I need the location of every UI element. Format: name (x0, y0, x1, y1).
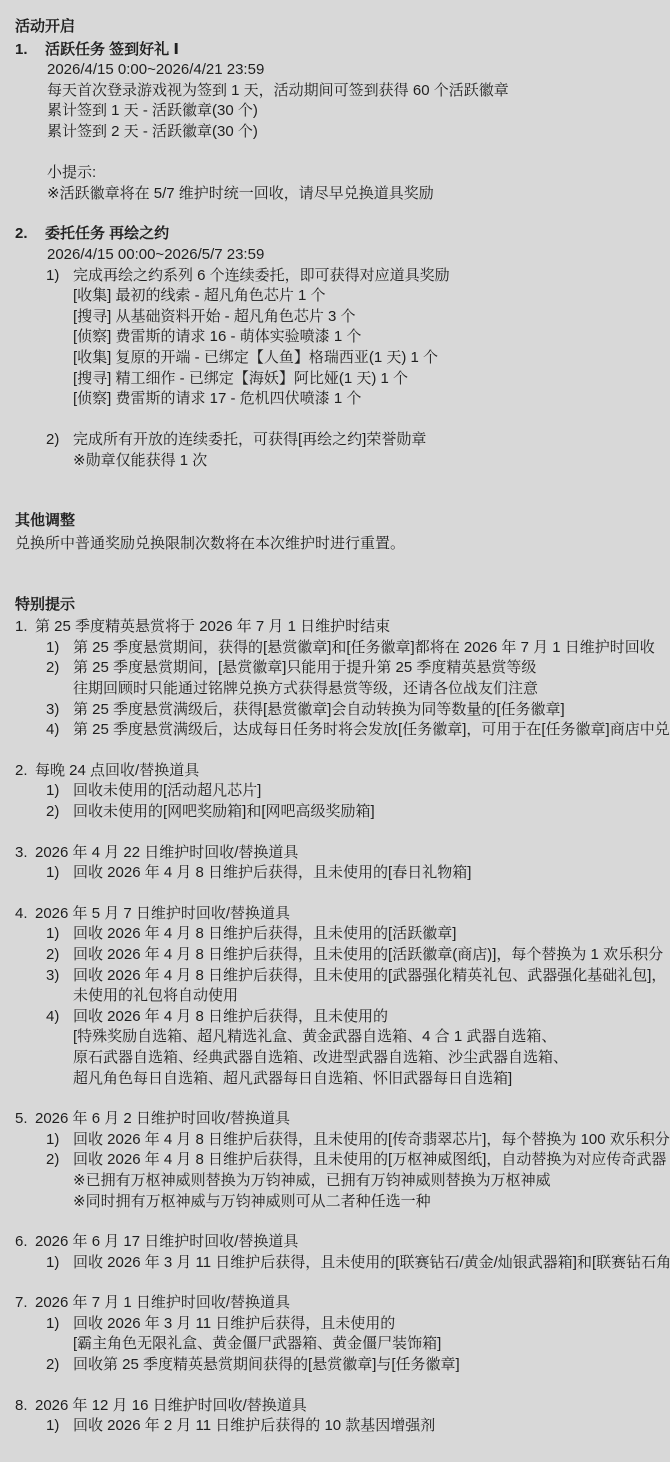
doc-line-text: ※勋章仅能获得 1 次 (73, 452, 207, 469)
sub-item-marker: 1) (46, 924, 59, 945)
item-marker: 6. (15, 1232, 28, 1253)
doc-line-text: ※已拥有万枢神威则替换为万钧神威，已拥有万钧神威则替换为万枢神威 (73, 1172, 551, 1189)
doc-line-text: [霸主角色无限礼盒、黄金僵尸武器箱、黄金僵尸装饰箱] (73, 1335, 441, 1352)
doc-line-text: 回收 2026 年 4 月 8 日维护后获得，且未使用的[活跃徽章] (73, 925, 456, 942)
item-title-text: 活跃任务 签到好礼 Ⅰ (45, 41, 179, 58)
doc-line: 2026/4/15 00:00~2026/5/7 23:59 (0, 245, 670, 266)
doc-line-text: 原石武器自选箱、经典武器自选箱、改进型武器自选箱、沙尘武器自选箱、 (73, 1049, 568, 1066)
doc-line-text: ※同时拥有万枢神威与万钧神威则可从二者种任选一种 (73, 1193, 431, 1210)
doc-line: 3)回收 2026 年 4 月 8 日维护后获得，且未使用的[武器强化精英礼包、… (0, 966, 670, 987)
list-item: 1.第 25 季度精英悬赏将于 2026 年 7 月 1 日维护时结束1)第 2… (0, 617, 670, 741)
doc-line-text: 完成再绘之约系列 6 个连续委托，即可获得对应道具奖励 (73, 267, 450, 284)
item-title-text: 2026 年 6 月 17 日维护时回收/替换道具 (35, 1233, 298, 1250)
item-title-text: 每晚 24 点回收/替换道具 (35, 762, 199, 779)
doc-line: 2)回收 2026 年 4 月 8 日维护后获得，且未使用的[万枢神威图纸]，自… (0, 1150, 670, 1171)
doc-line: 1)回收 2026 年 4 月 8 日维护后获得，且未使用的[传奇翡翠芯片]，每… (0, 1130, 670, 1151)
doc-line: 每天首次登录游戏视为签到 1 天，活动期间可签到获得 60 个活跃徽章 (0, 81, 670, 102)
item-marker: 7. (15, 1293, 28, 1314)
doc-line-text: 第 25 季度悬赏期间，获得的[悬赏徽章]和[任务徽章]都将在 2026 年 7… (73, 639, 655, 656)
doc-line: [霸主角色无限礼盒、黄金僵尸武器箱、黄金僵尸装饰箱] (0, 1334, 670, 1355)
item-marker: 8. (15, 1396, 28, 1417)
doc-line: [侦察] 费雷斯的请求 16 - 萌体实验喷漆 1 个 (0, 327, 670, 348)
doc-line: 1)回收 2026 年 3 月 11 日维护后获得，且未使用的[联赛钻石/黄金/… (0, 1253, 670, 1274)
doc-line-text: 往期回顾时只能通过铭牌兑换方式获得悬赏等级，还请各位战友们注意 (73, 680, 538, 697)
item-title-text: 2026 年 7 月 1 日维护时回收/替换道具 (35, 1294, 290, 1311)
doc-line-text: 累计签到 1 天 - 活跃徽章(30 个) (47, 102, 258, 119)
doc-line: 小提示: (0, 163, 670, 184)
list-item-title: 6.2026 年 6 月 17 日维护时回收/替换道具 (0, 1232, 670, 1253)
doc-line: 原石武器自选箱、经典武器自选箱、改进型武器自选箱、沙尘武器自选箱、 (0, 1048, 670, 1069)
list-item-title: 3.2026 年 4 月 22 日维护时回收/替换道具 (0, 843, 670, 864)
sub-item-marker: 2) (46, 802, 59, 823)
item-marker: 5. (15, 1109, 28, 1130)
section-heading: 其他调整 (0, 511, 670, 532)
sub-item-marker: 1) (46, 863, 59, 884)
doc-line-text: 完成所有开放的连续委托，可获得[再绘之约]荣誉勋章 (73, 431, 426, 448)
doc-line: 2)回收未使用的[网吧奖励箱]和[网吧高级奖励箱] (0, 802, 670, 823)
doc-line-text: 回收 2026 年 3 月 11 日维护后获得，且未使用的 (73, 1315, 395, 1332)
list-item-title: 2.每晚 24 点回收/替换道具 (0, 761, 670, 782)
list-item: 6.2026 年 6 月 17 日维护时回收/替换道具1)回收 2026 年 3… (0, 1232, 670, 1273)
item-marker: 1. (15, 40, 28, 61)
item-title-text: 2026 年 5 月 7 日维护时回收/替换道具 (35, 905, 290, 922)
section: 活动开启1.活跃任务 签到好礼 Ⅰ2026/4/15 0:00~2026/4/2… (0, 17, 670, 471)
doc-line: 未使用的礼包将自动使用 (0, 986, 670, 1007)
list-item: 1.活跃任务 签到好礼 Ⅰ2026/4/15 0:00~2026/4/21 23… (0, 40, 670, 205)
doc-line-text: [收集] 复原的开端 - 已绑定【人鱼】格瑞西亚(1 天) 1 个 (73, 349, 438, 366)
doc-line-text: [搜寻] 精工细作 - 已绑定【海妖】阿比娅(1 天) 1 个 (73, 370, 408, 387)
item-marker: 2. (15, 761, 28, 782)
doc-line: 1)第 25 季度悬赏期间，获得的[悬赏徽章]和[任务徽章]都将在 2026 年… (0, 638, 670, 659)
doc-line: 1)完成再绘之约系列 6 个连续委托，即可获得对应道具奖励 (0, 266, 670, 287)
list-item: 2.委托任务 再绘之约2026/4/15 00:00~2026/5/7 23:5… (0, 224, 670, 471)
item-title-text: 2026 年 4 月 22 日维护时回收/替换道具 (35, 844, 298, 861)
doc-line: 2)回收 2026 年 4 月 8 日维护后获得，且未使用的[活跃徽章(商店)]… (0, 945, 670, 966)
doc-line-text: 2026/4/15 0:00~2026/4/21 23:59 (47, 61, 264, 78)
doc-line: 累计签到 1 天 - 活跃徽章(30 个) (0, 101, 670, 122)
doc-line-text: 小提示: (47, 164, 96, 181)
doc-line-text: [收集] 最初的线索 - 超凡角色芯片 1 个 (73, 287, 326, 304)
doc-line: 累计签到 2 天 - 活跃徽章(30 个) (0, 122, 670, 143)
item-marker: 3. (15, 843, 28, 864)
doc-line: [侦察] 费雷斯的请求 17 - 危机四伏喷漆 1 个 (0, 389, 670, 410)
doc-line-text: 回收未使用的[活动超凡芯片] (73, 782, 261, 799)
list-item-title: 5.2026 年 6 月 2 日维护时回收/替换道具 (0, 1109, 670, 1130)
list-item-title: 8.2026 年 12 月 16 日维护时回收/替换道具 (0, 1396, 670, 1417)
list-item: 4.2026 年 5 月 7 日维护时回收/替换道具1)回收 2026 年 4 … (0, 904, 670, 1089)
sub-item-marker: 1) (46, 1416, 59, 1437)
doc-line: 1)回收 2026 年 3 月 11 日维护后获得，且未使用的 (0, 1314, 670, 1335)
doc-line: [搜寻] 精工细作 - 已绑定【海妖】阿比娅(1 天) 1 个 (0, 369, 670, 390)
doc-line-text: 回收 2026 年 4 月 8 日维护后获得，且未使用的[传奇翡翠芯片]，每个替… (73, 1131, 670, 1148)
doc-line-text: 每天首次登录游戏视为签到 1 天，活动期间可签到获得 60 个活跃徽章 (47, 82, 509, 99)
section: 特别提示1.第 25 季度精英悬赏将于 2026 年 7 月 1 日维护时结束1… (0, 595, 670, 1437)
item-title-text: 第 25 季度精英悬赏将于 2026 年 7 月 1 日维护时结束 (35, 618, 390, 635)
list-item: 8.2026 年 12 月 16 日维护时回收/替换道具1)回收 2026 年 … (0, 1396, 670, 1437)
doc-line: ※勋章仅能获得 1 次 (0, 451, 670, 472)
sub-item-marker: 1) (46, 266, 59, 287)
doc-line-text: [搜寻] 从基础资料开始 - 超凡角色芯片 3 个 (73, 308, 356, 325)
doc-line: 1)回收 2026 年 4 月 8 日维护后获得，且未使用的[春日礼物箱] (0, 863, 670, 884)
doc-line: 2)第 25 季度悬赏期间，[悬赏徽章]只能用于提升第 25 季度精英悬赏等级 (0, 658, 670, 679)
sub-item-marker: 1) (46, 1253, 59, 1274)
list-item: 3.2026 年 4 月 22 日维护时回收/替换道具1)回收 2026 年 4… (0, 843, 670, 884)
section-heading: 活动开启 (0, 17, 670, 38)
doc-line: 1)回收未使用的[活动超凡芯片] (0, 781, 670, 802)
doc-line: [收集] 最初的线索 - 超凡角色芯片 1 个 (0, 286, 670, 307)
doc-line: 1)回收 2026 年 4 月 8 日维护后获得，且未使用的[活跃徽章] (0, 924, 670, 945)
item-title-text: 2026 年 6 月 2 日维护时回收/替换道具 (35, 1110, 290, 1127)
doc-line-text: 回收 2026 年 4 月 8 日维护后获得，且未使用的[春日礼物箱] (73, 864, 471, 881)
doc-line-text: 回收 2026 年 3 月 11 日维护后获得，且未使用的[联赛钻石/黄金/灿银… (73, 1254, 670, 1271)
doc-line-text: 回收 2026 年 4 月 8 日维护后获得，且未使用的 (73, 1008, 388, 1025)
doc-line: 1)回收 2026 年 2 月 11 日维护后获得的 10 款基因增强剂 (0, 1416, 670, 1437)
doc-line: [收集] 复原的开端 - 已绑定【人鱼】格瑞西亚(1 天) 1 个 (0, 348, 670, 369)
sub-item-marker: 2) (46, 658, 59, 679)
blank-line (0, 410, 670, 431)
doc-line-text: 回收第 25 季度精英悬赏期间获得的[悬赏徽章]与[任务徽章] (73, 1356, 460, 1373)
doc-line-text: 第 25 季度悬赏期间，[悬赏徽章]只能用于提升第 25 季度精英悬赏等级 (73, 659, 536, 676)
patch-notes-document: 活动开启1.活跃任务 签到好礼 Ⅰ2026/4/15 0:00~2026/4/2… (0, 0, 670, 1437)
sub-item-marker: 2) (46, 1355, 59, 1376)
doc-line-text: 回收 2026 年 4 月 8 日维护后获得，且未使用的[万枢神威图纸]，自动替… (73, 1151, 666, 1168)
doc-line: 2)完成所有开放的连续委托，可获得[再绘之约]荣誉勋章 (0, 430, 670, 451)
doc-line-text: 超凡角色每日自选箱、超凡武器每日自选箱、怀旧武器每日自选箱] (73, 1070, 512, 1087)
doc-line-text: [特殊奖励自选箱、超凡精选礼盒、黄金武器自选箱、4 合 1 武器自选箱、 (73, 1028, 556, 1045)
item-marker: 2. (15, 224, 28, 245)
doc-line-text: 未使用的礼包将自动使用 (73, 987, 238, 1004)
blank-line (0, 143, 670, 164)
list-item: 5.2026 年 6 月 2 日维护时回收/替换道具1)回收 2026 年 4 … (0, 1109, 670, 1212)
doc-line: 3)第 25 季度悬赏满级后，获得[悬赏徽章]会自动转换为同等数量的[任务徽章] (0, 700, 670, 721)
paragraph-block: 兑换所中普通奖励兑换限制次数将在本次维护时进行重置。 (0, 534, 670, 555)
doc-line: ※同时拥有万枢神威与万钧神威则可从二者种任选一种 (0, 1192, 670, 1213)
list-item-title: 2.委托任务 再绘之约 (0, 224, 670, 245)
sub-item-marker: 1) (46, 1130, 59, 1151)
sub-item-marker: 4) (46, 720, 59, 741)
sub-item-marker: 1) (46, 1314, 59, 1335)
doc-line: [特殊奖励自选箱、超凡精选礼盒、黄金武器自选箱、4 合 1 武器自选箱、 (0, 1027, 670, 1048)
doc-line-text: [侦察] 费雷斯的请求 16 - 萌体实验喷漆 1 个 (73, 328, 361, 345)
doc-line: ※活跃徽章将在 5/7 维护时统一回收，请尽早兑换道具奖励 (0, 184, 670, 205)
sub-item-marker: 1) (46, 781, 59, 802)
doc-line-text: 2026/4/15 00:00~2026/5/7 23:59 (47, 246, 264, 263)
doc-line: [搜寻] 从基础资料开始 - 超凡角色芯片 3 个 (0, 307, 670, 328)
paragraph: 兑换所中普通奖励兑换限制次数将在本次维护时进行重置。 (0, 534, 670, 555)
list-item: 7.2026 年 7 月 1 日维护时回收/替换道具1)回收 2026 年 3 … (0, 1293, 670, 1375)
doc-line: 往期回顾时只能通过铭牌兑换方式获得悬赏等级，还请各位战友们注意 (0, 679, 670, 700)
doc-line-text: 回收未使用的[网吧奖励箱]和[网吧高级奖励箱] (73, 803, 375, 820)
doc-line: 超凡角色每日自选箱、超凡武器每日自选箱、怀旧武器每日自选箱] (0, 1069, 670, 1090)
section-heading: 特别提示 (0, 595, 670, 616)
list-item-title: 7.2026 年 7 月 1 日维护时回收/替换道具 (0, 1293, 670, 1314)
list-item-title: 1.第 25 季度精英悬赏将于 2026 年 7 月 1 日维护时结束 (0, 617, 670, 638)
doc-line: 2026/4/15 0:00~2026/4/21 23:59 (0, 60, 670, 81)
doc-line-text: 回收 2026 年 4 月 8 日维护后获得，且未使用的[活跃徽章(商店)]，每… (73, 946, 663, 963)
list-item: 2.每晚 24 点回收/替换道具1)回收未使用的[活动超凡芯片]2)回收未使用的… (0, 761, 670, 823)
item-title-text: 2026 年 12 月 16 日维护时回收/替换道具 (35, 1397, 307, 1414)
doc-line-text: [侦察] 费雷斯的请求 17 - 危机四伏喷漆 1 个 (73, 390, 361, 407)
sub-item-marker: 3) (46, 966, 59, 987)
sub-item-marker: 2) (46, 945, 59, 966)
doc-line-text: 回收 2026 年 2 月 11 日维护后获得的 10 款基因增强剂 (73, 1417, 435, 1434)
doc-line-text: 第 25 季度悬赏满级后，获得[悬赏徽章]会自动转换为同等数量的[任务徽章] (73, 701, 565, 718)
doc-line-text: ※活跃徽章将在 5/7 维护时统一回收，请尽早兑换道具奖励 (47, 185, 434, 202)
doc-line: ※已拥有万枢神威则替换为万钧神威，已拥有万钧神威则替换为万枢神威 (0, 1171, 670, 1192)
sub-item-marker: 1) (46, 638, 59, 659)
item-title-text: 委托任务 再绘之约 (45, 225, 169, 242)
section: 其他调整兑换所中普通奖励兑换限制次数将在本次维护时进行重置。 (0, 511, 670, 554)
doc-line-text: 第 25 季度悬赏满级后，达成每日任务时将会发放[任务徽章]，可用于在[任务徽章… (73, 721, 670, 738)
patch-notes-page: { "page": { "background_color": "#d8d8d8… (0, 0, 670, 1462)
list-item-title: 4.2026 年 5 月 7 日维护时回收/替换道具 (0, 904, 670, 925)
doc-line: 4)第 25 季度悬赏满级后，达成每日任务时将会发放[任务徽章]，可用于在[任务… (0, 720, 670, 741)
sub-item-marker: 2) (46, 430, 59, 451)
item-marker: 4. (15, 904, 28, 925)
sub-item-marker: 2) (46, 1150, 59, 1171)
doc-line-text: 回收 2026 年 4 月 8 日维护后获得，且未使用的[武器强化精英礼包、武器… (73, 967, 666, 984)
doc-line-text: 累计签到 2 天 - 活跃徽章(30 个) (47, 123, 258, 140)
doc-line: 2)回收第 25 季度精英悬赏期间获得的[悬赏徽章]与[任务徽章] (0, 1355, 670, 1376)
sub-item-marker: 3) (46, 700, 59, 721)
list-item-title: 1.活跃任务 签到好礼 Ⅰ (0, 40, 670, 61)
sub-item-marker: 4) (46, 1007, 59, 1028)
item-marker: 1. (15, 617, 28, 638)
doc-line: 4)回收 2026 年 4 月 8 日维护后获得，且未使用的 (0, 1007, 670, 1028)
